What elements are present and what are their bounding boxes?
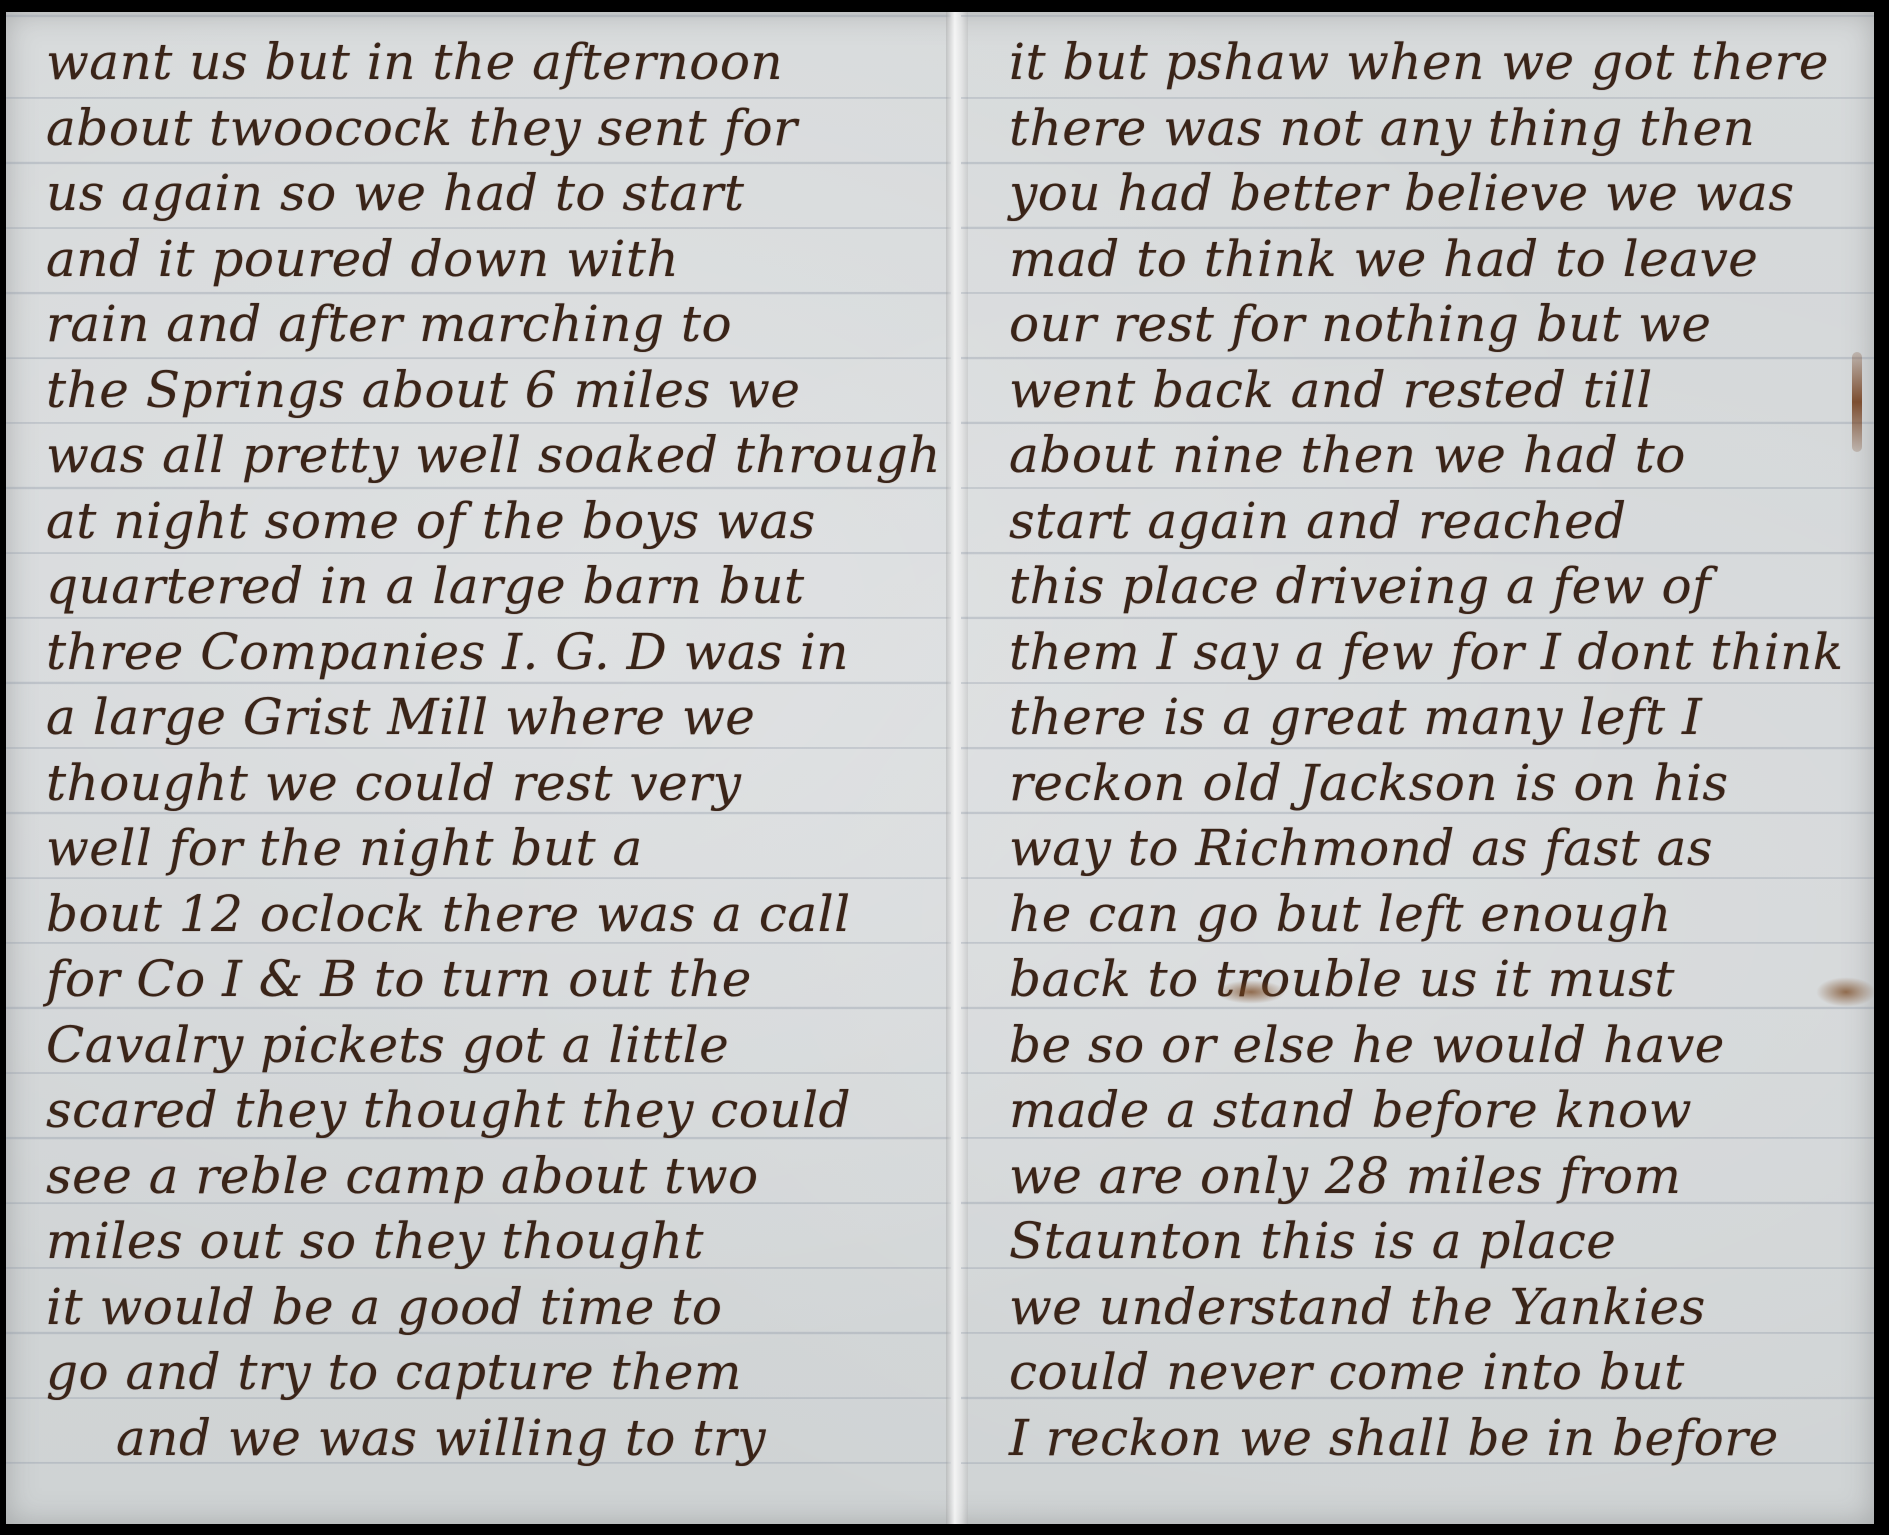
- left-page-text: want us but in the afternoon about twooc…: [6, 30, 991, 1471]
- text-line: and it poured down with: [46, 227, 991, 293]
- scanned-letter: want us but in the afternoon about twooc…: [0, 10, 1889, 1526]
- text-line: he can go but left enough: [1009, 882, 1889, 948]
- text-line: see a reble camp about two: [46, 1144, 991, 1210]
- text-line: the Springs about 6 miles we: [46, 358, 991, 424]
- text-line: miles out so they thought: [46, 1209, 991, 1275]
- text-line: you had better believe we was: [1009, 161, 1889, 227]
- text-line: us again so we had to start: [46, 161, 991, 227]
- text-line: three Companies I. G. D was in: [46, 620, 991, 686]
- text-line: about nine then we had to: [1009, 423, 1889, 489]
- text-line: bout 12 oclock there was a call: [46, 882, 991, 948]
- text-line: it would be a good time to: [46, 1275, 991, 1341]
- text-line: well for the night but a: [46, 816, 991, 882]
- text-line: scared they thought they could: [46, 1078, 991, 1144]
- text-line: start again and reached: [1009, 489, 1889, 555]
- ink-stain: [1216, 980, 1286, 1004]
- text-line: there was not any thing then: [1009, 96, 1889, 162]
- text-line: rain and after marching to: [46, 292, 991, 358]
- ink-stain: [1816, 977, 1876, 1007]
- text-line: quartered in a large barn but: [46, 554, 991, 620]
- text-line: thought we could rest very: [46, 751, 991, 817]
- text-line: go and try to capture them: [46, 1340, 991, 1406]
- text-line: and we was willing to try: [46, 1406, 991, 1472]
- left-page: want us but in the afternoon about twooc…: [6, 12, 951, 1524]
- right-page: it but pshaw when we got there there was…: [961, 12, 1874, 1524]
- text-line: we understand the Yankies: [1009, 1275, 1889, 1341]
- text-line: there is a great many left I: [1009, 685, 1889, 751]
- text-line: mad to think we had to leave: [1009, 227, 1889, 293]
- text-line: them I say a few for I dont think: [1009, 620, 1889, 686]
- edge-stain: [1852, 352, 1862, 452]
- text-line: want us but in the afternoon: [46, 30, 991, 96]
- paper-sheet: want us but in the afternoon about twooc…: [6, 12, 1874, 1524]
- text-line: made a stand before know: [1009, 1078, 1889, 1144]
- text-line: our rest for nothing but we: [1009, 292, 1889, 358]
- text-line: was all pretty well soaked through: [46, 423, 991, 489]
- text-line: we are only 28 miles from: [1009, 1144, 1889, 1210]
- text-line: for Co I & B to turn out the: [46, 947, 991, 1013]
- text-line: way to Richmond as fast as: [1009, 816, 1889, 882]
- text-line: a large Grist Mill where we: [46, 685, 991, 751]
- text-line: about twoocock they sent for: [46, 96, 991, 162]
- text-line: back to trouble us it must: [1009, 947, 1889, 1013]
- right-page-text: it but pshaw when we got there there was…: [961, 30, 1889, 1471]
- text-line: at night some of the boys was: [46, 489, 991, 555]
- text-line: went back and rested till: [1009, 358, 1889, 424]
- text-line: this place driveing a few of: [1009, 554, 1889, 620]
- text-line: I reckon we shall be in before: [1009, 1406, 1889, 1472]
- text-line: Staunton this is a place: [1009, 1209, 1889, 1275]
- text-line: reckon old Jackson is on his: [1009, 751, 1889, 817]
- text-line: it but pshaw when we got there: [1009, 30, 1889, 96]
- text-line: could never come into but: [1009, 1340, 1889, 1406]
- text-line: Cavalry pickets got a little: [46, 1013, 991, 1079]
- text-line: be so or else he would have: [1009, 1013, 1889, 1079]
